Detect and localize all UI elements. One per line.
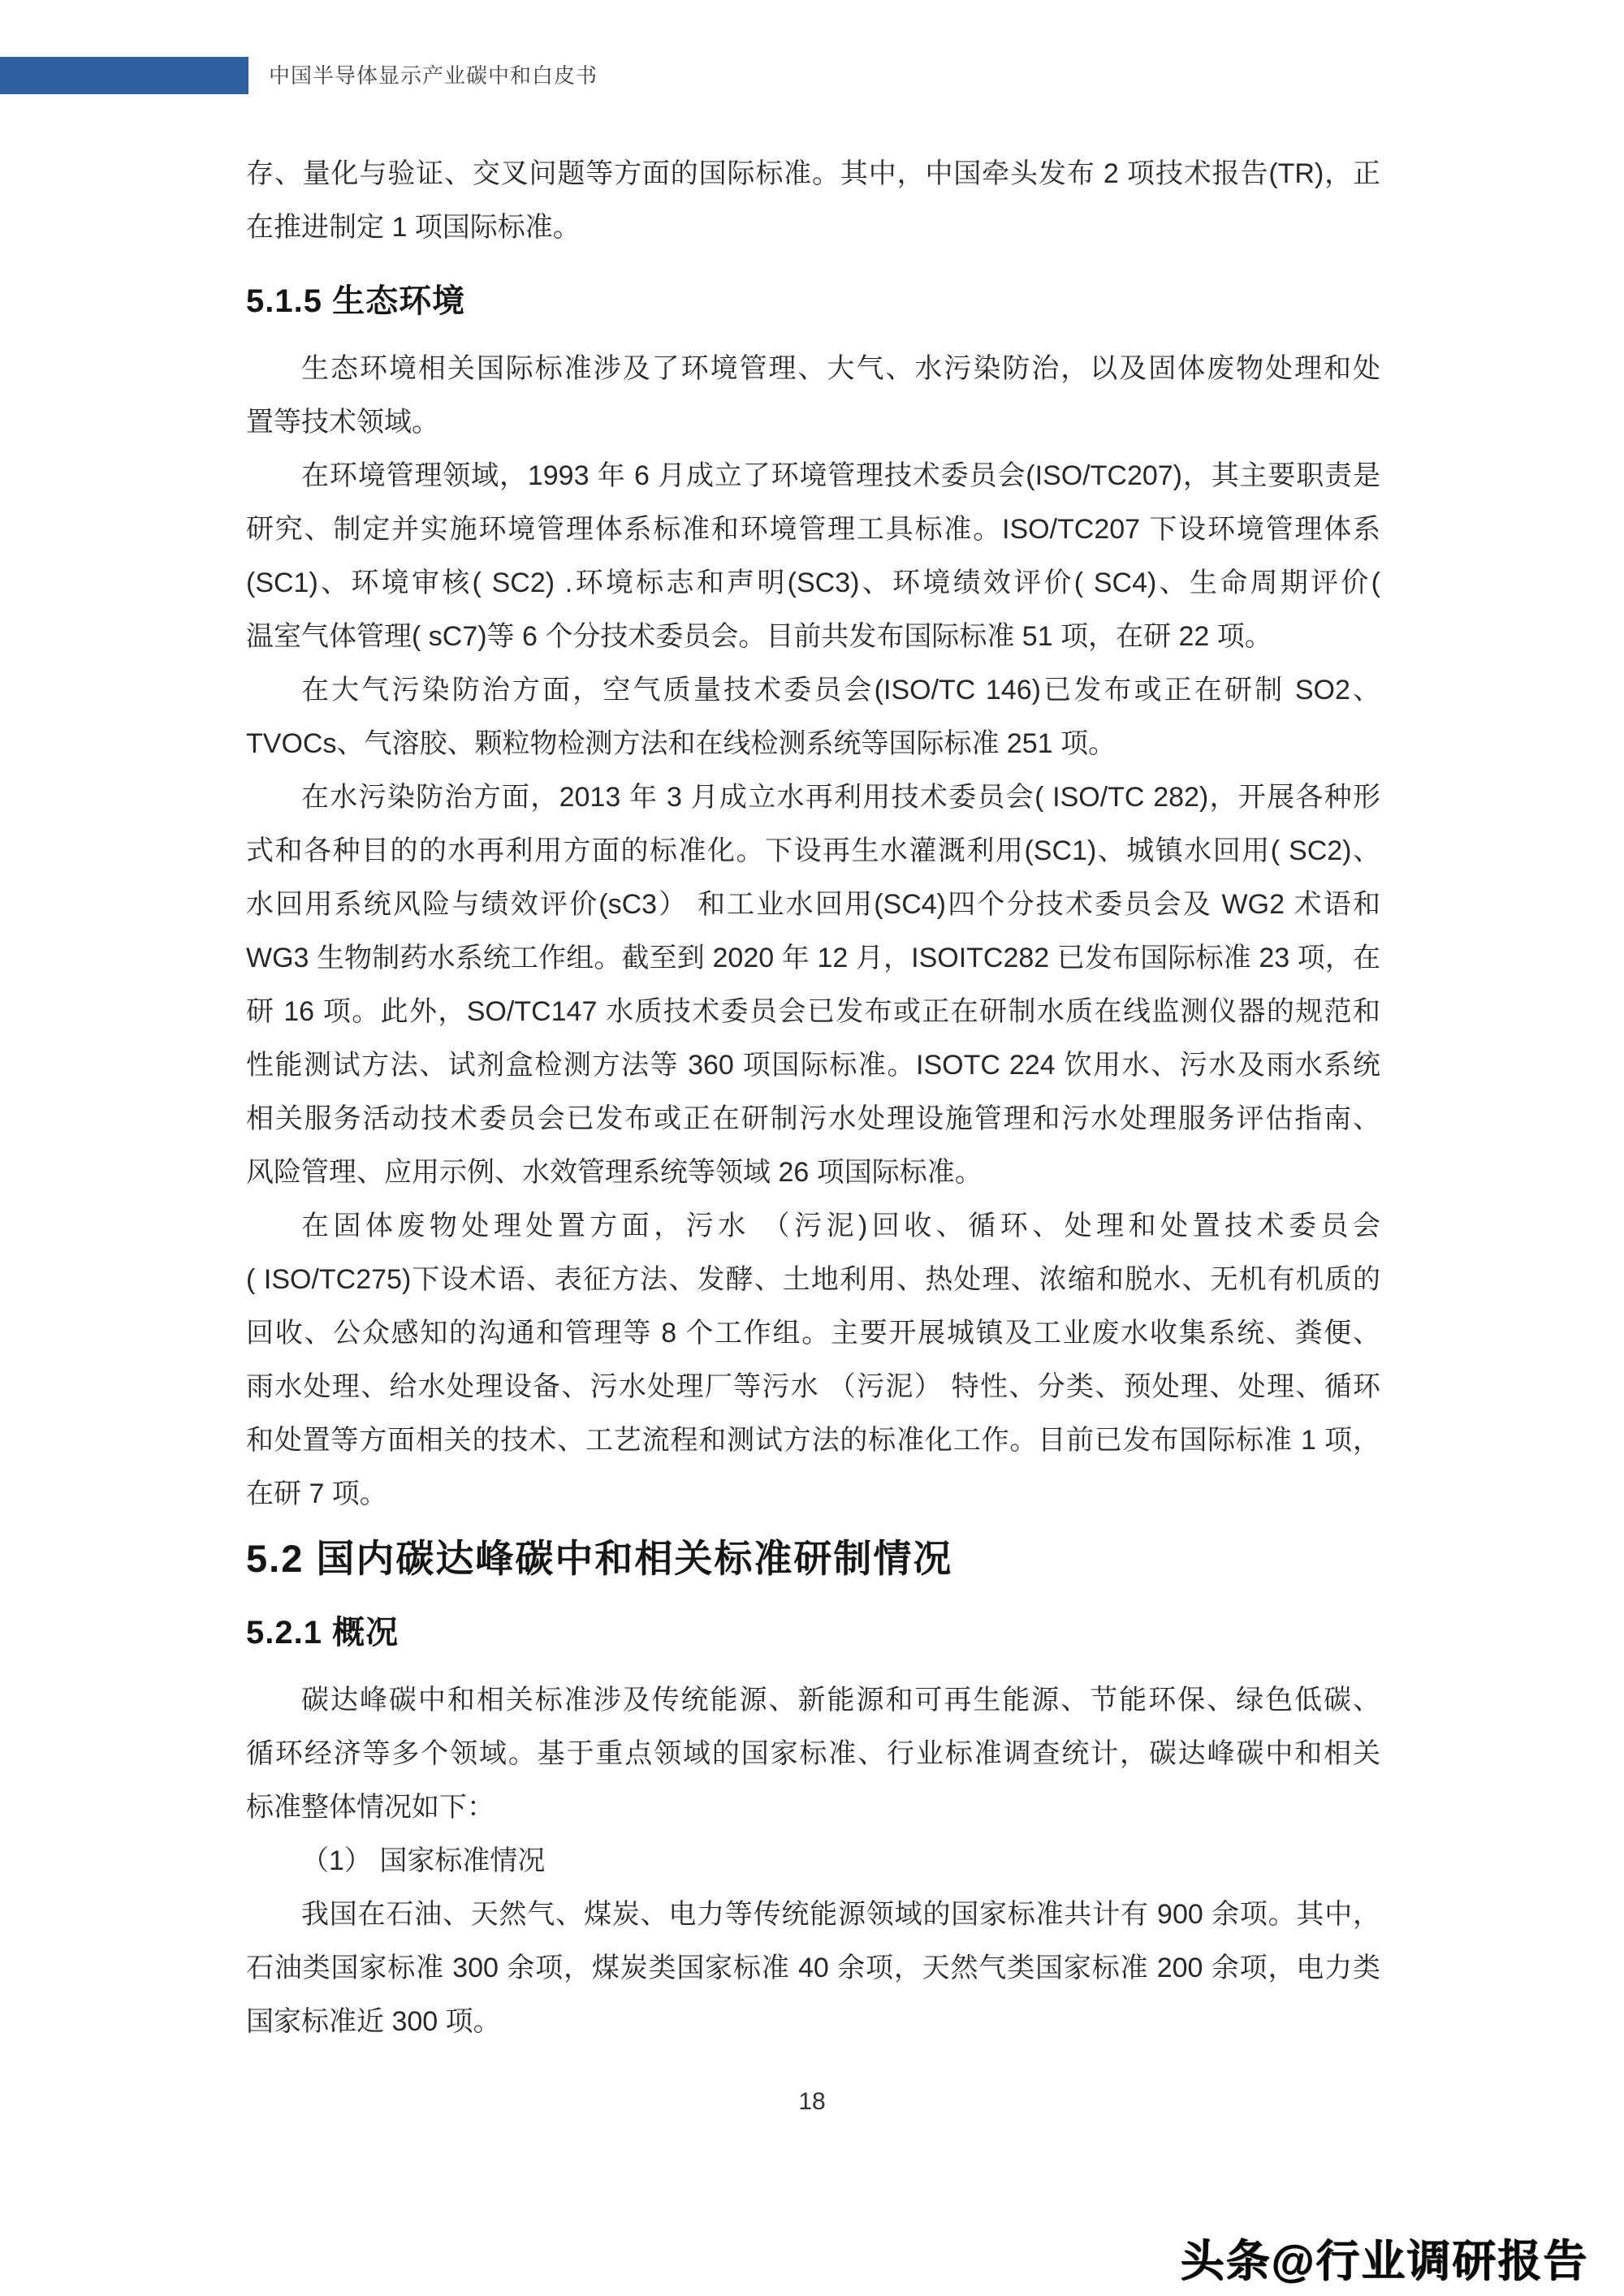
- text-line: 温室气体管理( sC7)等 6 个分技术委员会。目前共发布国际标准 51 项，在…: [246, 610, 1380, 663]
- text-line: 在环境管理领域，1993 年 6 月成立了环境管理技术委员会(ISO/TC207…: [246, 449, 1380, 503]
- paragraph: 我国在石油、天然气、煤炭、电力等传统能源领域的国家标准共计有 900 余项。其中…: [246, 1888, 1380, 2048]
- text-line: 碳达峰碳中和相关标准涉及传统能源、新能源和可再生能源、节能环保、绿色低碳、: [246, 1673, 1380, 1727]
- text-line: 在研 7 项。: [246, 1467, 1380, 1521]
- text-line: 生态环境相关国际标准涉及了环境管理、大气、水污染防治，以及固体废物处理和处: [246, 342, 1380, 395]
- text-line: 存、量化与验证、交叉问题等方面的国际标准。其中，中国牵头发布 2 项技术报告(T…: [246, 147, 1380, 201]
- text-line: 研究、制定并实施环境管理体系标准和环境管理工具标准。ISO/TC207 下设环境…: [246, 503, 1380, 556]
- header-accent-bar: [0, 57, 248, 94]
- paragraph: （1） 国家标准情况: [246, 1834, 1380, 1888]
- text-line: 式和各种目的的水再利用方面的标准化。下设再生水灌溉利用(SC1)、城镇水回用( …: [246, 824, 1380, 878]
- text-line: WG3 生物制药水系统工作组。截至到 2020 年 12 月，ISOITC282…: [246, 931, 1380, 985]
- subsection-heading: 5.2.1 概况: [246, 1610, 1380, 1655]
- paragraph: 生态环境相关国际标准涉及了环境管理、大气、水污染防治，以及固体废物处理和处置等技…: [246, 342, 1380, 449]
- text-line: 相关服务活动技术委员会已发布或正在研制污水处理设施管理和污水处理服务评估指南、: [246, 1092, 1380, 1146]
- text-line: （1） 国家标准情况: [246, 1834, 1380, 1888]
- paragraph: 在水污染防治方面，2013 年 3 月成立水再利用技术委员会( ISO/TC 2…: [246, 770, 1380, 1199]
- paragraph: 碳达峰碳中和相关标准涉及传统能源、新能源和可再生能源、节能环保、绿色低碳、循环经…: [246, 1673, 1380, 1834]
- text-line: 石油类国家标准 300 余项，煤炭类国家标准 40 余项，天然气类国家标准 20…: [246, 1941, 1380, 1995]
- text-line: 在固体废物处理处置方面，污水 （污泥)回收、循环、处理和处置技术委员会: [246, 1199, 1380, 1253]
- text-line: 循环经济等多个领域。基于重点领域的国家标准、行业标准调查统计，碳达峰碳中和相关: [246, 1727, 1380, 1780]
- watermark: 头条@行业调研报告: [1180, 2226, 1588, 2289]
- text-line: 国家标准近 300 项。: [246, 1995, 1380, 2048]
- section-heading: 5.2 国内碳达峰碳中和相关标准研制情况: [246, 1530, 1380, 1587]
- paragraph: 在环境管理领域，1993 年 6 月成立了环境管理技术委员会(ISO/TC207…: [246, 449, 1380, 663]
- text-line: (SC1)、环境审核( SC2) .环境标志和声明(SC3)、环境绩效评价( S…: [246, 556, 1380, 610]
- document-body: 存、量化与验证、交叉问题等方面的国际标准。其中，中国牵头发布 2 项技术报告(T…: [246, 147, 1380, 2048]
- text-line: 置等技术领域。: [246, 395, 1380, 449]
- text-line: TVOCs、气溶胶、颗粒物检测方法和在线检测系统等国际标准 251 项。: [246, 717, 1380, 770]
- page-number: 18: [0, 2088, 1624, 2116]
- text-line: 性能测试方法、试剂盒检测方法等 360 项国际标准。ISOTC 224 饮用水、…: [246, 1038, 1380, 1092]
- text-line: 研 16 项。此外，SO/TC147 水质技术委员会已发布或正在研制水质在线监测…: [246, 985, 1380, 1038]
- text-line: 在推进制定 1 项国际标准。: [246, 201, 1380, 254]
- paragraph: 在大气污染防治方面，空气质量技术委员会(ISO/TC 146)已发布或正在研制 …: [246, 663, 1380, 770]
- running-header-title: 中国半导体显示产业碳中和白皮书: [269, 57, 598, 94]
- text-line: 标准整体情况如下：: [246, 1780, 1380, 1834]
- text-line: 和处置等方面相关的技术、工艺流程和测试方法的标准化工作。目前已发布国际标准 1 …: [246, 1413, 1380, 1467]
- text-line: 风险管理、应用示例、水效管理系统等领域 26 项国际标准。: [246, 1146, 1380, 1199]
- text-line: 在水污染防治方面，2013 年 3 月成立水再利用技术委员会( ISO/TC 2…: [246, 770, 1380, 824]
- text-line: ( ISO/TC275)下设术语、表征方法、发酵、土地利用、热处理、浓缩和脱水、…: [246, 1253, 1380, 1306]
- text-line: 水回用系统风险与绩效评价(sC3） 和工业水回用(SC4)四个分技术委员会及 W…: [246, 878, 1380, 931]
- text-line: 我国在石油、天然气、煤炭、电力等传统能源领域的国家标准共计有 900 余项。其中…: [246, 1888, 1380, 1941]
- paragraph: 在固体废物处理处置方面，污水 （污泥)回收、循环、处理和处置技术委员会( ISO…: [246, 1199, 1380, 1521]
- text-line: 回收、公众感知的沟通和管理等 8 个工作组。主要开展城镇及工业废水收集系统、粪便…: [246, 1306, 1380, 1360]
- document-page: 中国半导体显示产业碳中和白皮书 存、量化与验证、交叉问题等方面的国际标准。其中，…: [0, 0, 1624, 2296]
- paragraph: 存、量化与验证、交叉问题等方面的国际标准。其中，中国牵头发布 2 项技术报告(T…: [246, 147, 1380, 254]
- subsection-heading: 5.1.5 生态环境: [246, 278, 1380, 324]
- text-line: 雨水处理、给水处理设备、污水处理厂等污水 （污泥） 特性、分类、预处理、处理、循…: [246, 1360, 1380, 1413]
- text-line: 在大气污染防治方面，空气质量技术委员会(ISO/TC 146)已发布或正在研制 …: [246, 663, 1380, 717]
